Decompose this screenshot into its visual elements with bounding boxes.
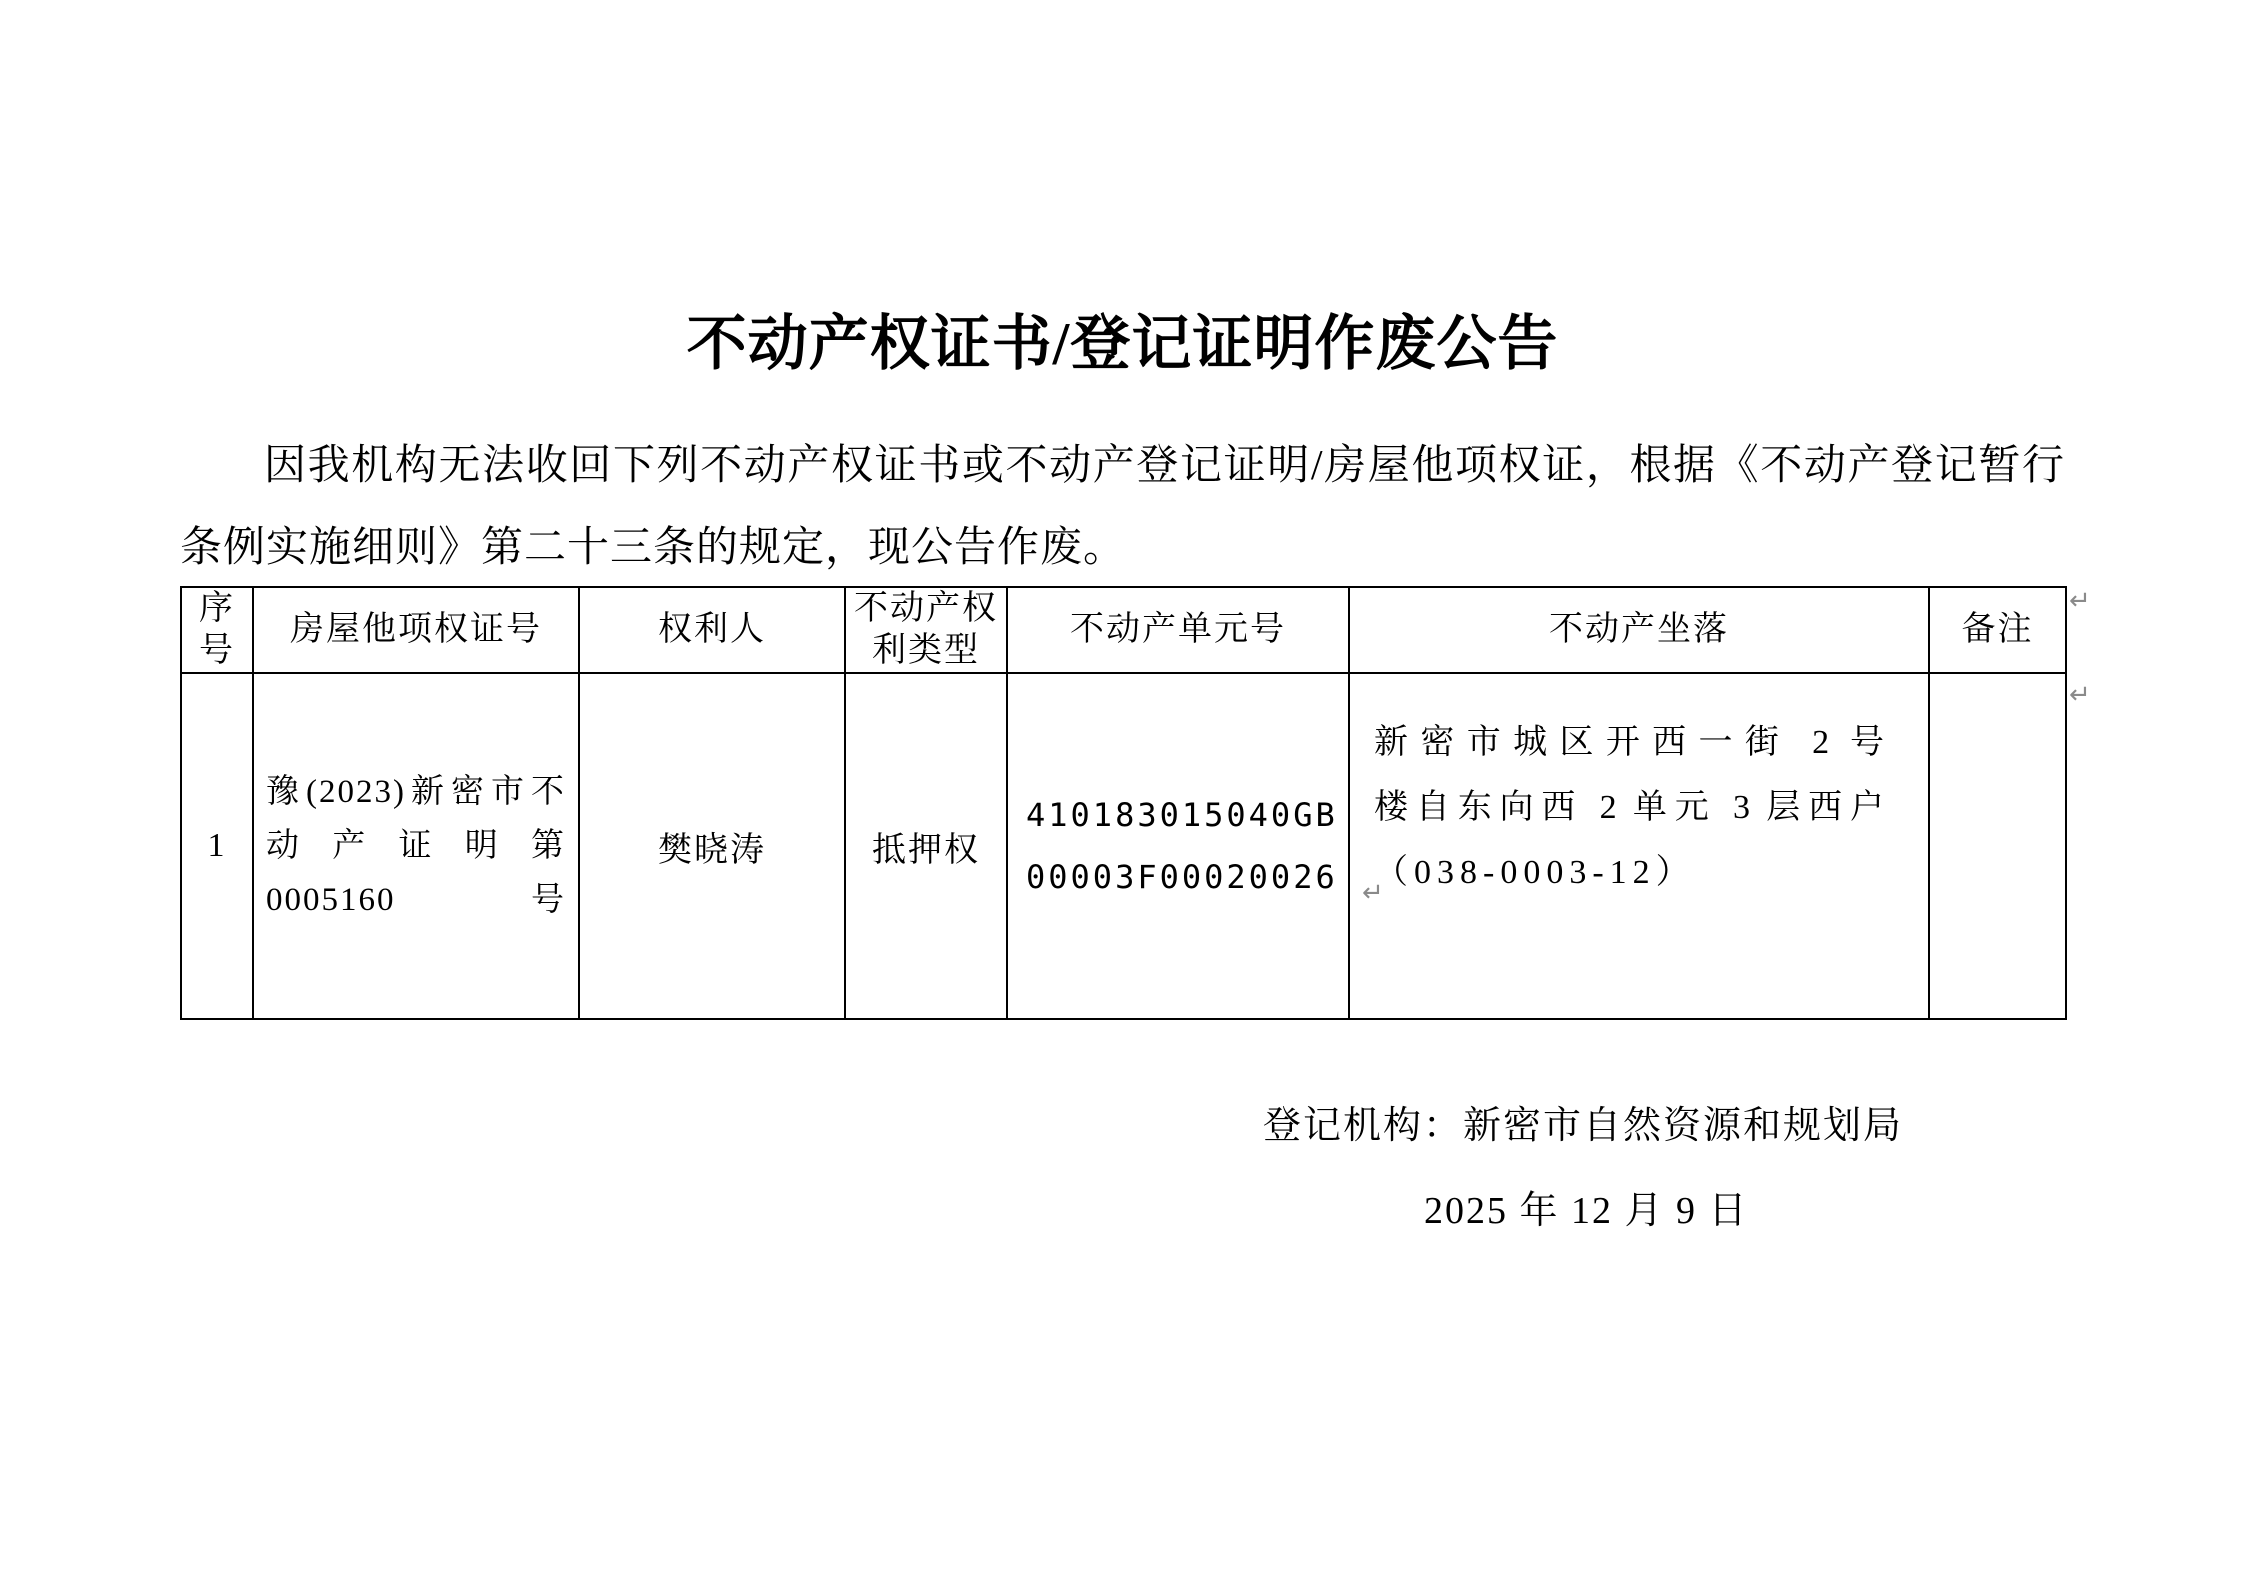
date-line: 2025 年 12 月 9 日 — [1424, 1179, 1749, 1234]
col-header-cert-no: 房屋他项权证号 — [253, 587, 579, 673]
col-header-remark: 备注 — [1929, 587, 2066, 673]
table-row: 1 豫(2023)新密市不动产证明第 0005160 号 樊晓涛 抵押权 410… — [181, 673, 2066, 1019]
paragraph-return-mark-icon: ↵ — [1362, 880, 1384, 906]
col-header-right-type: 不动产权利类型 — [845, 587, 1007, 673]
paragraph-return-mark-icon: ↵ — [2069, 682, 2091, 708]
unit-no-line: 00003F00020026 — [1026, 846, 1348, 908]
notice-table: 序号 房屋他项权证号 权利人 不动产权利类型 不动产单元号 不动产坐落 备注 1… — [180, 586, 2067, 1020]
document-page: 不动产权证书/登记证明作废公告 因我机构无法收回下列不动产权证书或不动产登记证明… — [0, 0, 2245, 1587]
intro-paragraph: 因我机构无法收回下列不动产权证书或不动产登记证明/房屋他项权证，根据《不动产登记… — [180, 425, 2065, 589]
paragraph-return-mark-icon: ↵ — [2069, 588, 2091, 614]
cell-unit-no: 410183015040GB 00003F00020026 — [1007, 673, 1349, 1019]
unit-no-line: 410183015040GB — [1026, 784, 1348, 846]
table-header-row: 序号 房屋他项权证号 权利人 不动产权利类型 不动产单元号 不动产坐落 备注 — [181, 587, 2066, 673]
col-header-unit-no: 不动产单元号 — [1007, 587, 1349, 673]
registrar-line: 登记机构：新密市自然资源和规划局 — [1263, 1094, 1903, 1149]
cell-holder: 樊晓涛 — [579, 673, 845, 1019]
cell-remark — [1929, 673, 2066, 1019]
cell-location: 新密市城区开西一街 2 号 楼自东向西 2 单元 3 层西户 （038-0003… — [1349, 673, 1929, 1019]
cell-right-type: 抵押权 — [845, 673, 1007, 1019]
col-header-holder: 权利人 — [579, 587, 845, 673]
location-line: 楼自东向西 2 单元 3 层西户 — [1374, 775, 1884, 840]
cell-seq: 1 — [181, 673, 253, 1019]
col-header-location: 不动产坐落 — [1349, 587, 1929, 673]
page-title: 不动产权证书/登记证明作废公告 — [0, 296, 2245, 382]
col-header-seq: 序号 — [181, 587, 253, 673]
location-line: （038-0003-12） — [1374, 840, 1884, 905]
location-line: 新密市城区开西一街 2 号 — [1374, 710, 1884, 775]
cell-cert-no: 豫(2023)新密市不动产证明第 0005160 号 — [253, 673, 579, 1019]
